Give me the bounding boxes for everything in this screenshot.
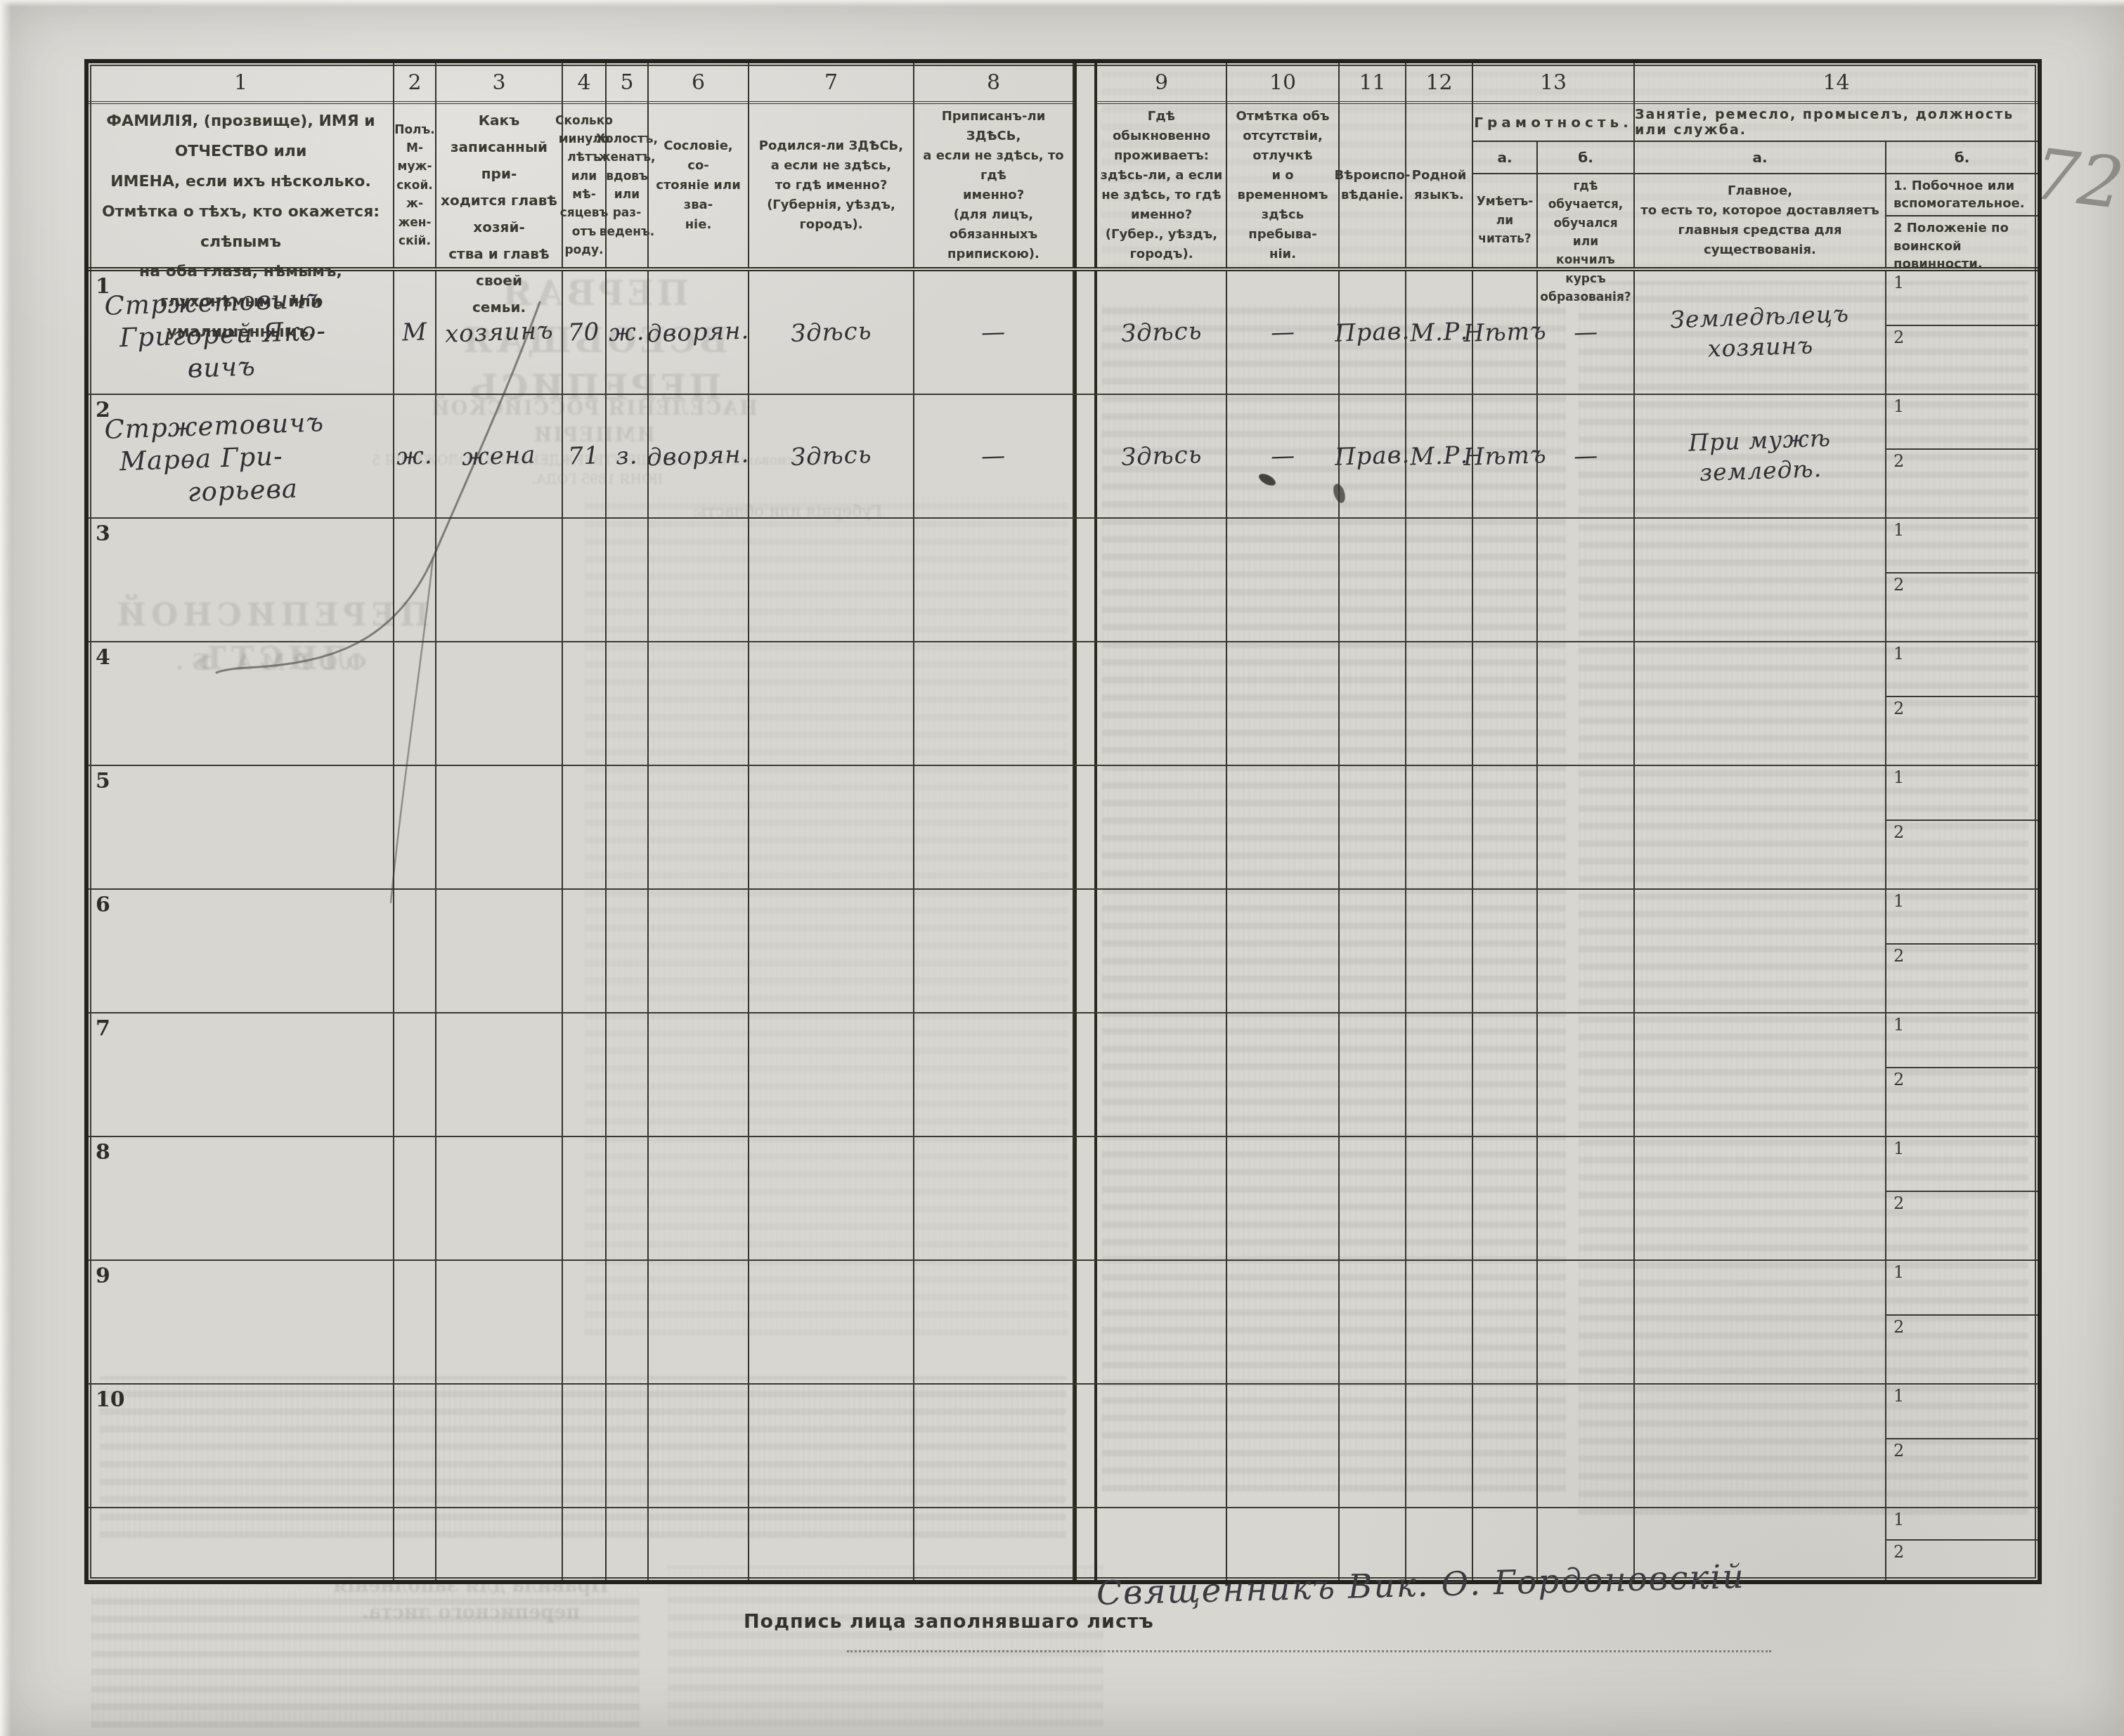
- fold-gap: [1074, 1261, 1097, 1383]
- relation-entry: хозяинъ: [444, 316, 554, 348]
- printed-sub-label-2: 2: [1886, 945, 2038, 966]
- printed-sub-label-1: 1: [1886, 642, 2038, 663]
- cell-literacy: [1473, 1013, 1538, 1136]
- cell-relation: [436, 1385, 563, 1507]
- language-entry: М.Р.: [1409, 318, 1469, 348]
- cell-relation: [436, 642, 563, 765]
- residence-entry: Здѣсь: [1120, 441, 1203, 472]
- name-entry: [89, 1072, 105, 1078]
- cell-sex: ж.: [394, 395, 436, 517]
- education-entry: —: [1573, 441, 1598, 470]
- printed-sub-label-2: 2: [1886, 1316, 2038, 1337]
- cell-absence: [1227, 766, 1340, 888]
- cell-education: [1538, 1385, 1635, 1507]
- printed-sub-label-1: 1: [1886, 1137, 2038, 1158]
- cell-estate: [649, 642, 749, 765]
- cell-marital: ж.: [607, 271, 649, 394]
- cell-main-occupation: [1635, 1137, 1886, 1259]
- cell-marital: з.: [607, 395, 649, 517]
- cell-main-occupation: [1635, 890, 1886, 1012]
- cell-relation: [436, 519, 563, 641]
- cell-sex: [394, 1013, 436, 1136]
- language-entry: М.Р.: [1409, 441, 1469, 472]
- cell-marital: [607, 519, 649, 641]
- side-occupation-slot: 1: [1886, 271, 2038, 326]
- fold-gap: [1074, 890, 1097, 1012]
- registration-entry: —: [980, 318, 1006, 346]
- col-description: Сословіе, со-стояніе или зва-ніе.: [649, 104, 748, 267]
- printed-sub-label-1: 1: [1886, 766, 2038, 787]
- occupation-entry: Земледѣлецъхозяинъ: [1669, 299, 1850, 366]
- cell-age: [563, 1508, 607, 1580]
- cell-side-occupation: 1 2: [1886, 1385, 2038, 1507]
- cell-absence: —: [1227, 395, 1340, 517]
- printed-sub-label-1: 1: [1886, 271, 2038, 292]
- fold-gap: [1074, 63, 1097, 267]
- cell-religion: [1340, 1385, 1406, 1507]
- cell-side-occupation: 1 2: [1886, 890, 2038, 1012]
- religion-entry: Прав.: [1334, 441, 1411, 472]
- scanned-census-sheet: ПЕРВАЯ ВСЕОБЩАЯ ПЕРЕПИСЬ НАСЕЛЕНІЯ РОССІ…: [0, 0, 2124, 1736]
- table-row: 4 1 2: [89, 642, 2038, 766]
- header-col-occupation: 14 Занятіе, ремесло, промыселъ, должност…: [1635, 63, 2038, 267]
- cell-side-occupation: 1 2: [1886, 1137, 2038, 1259]
- cell-marital: [607, 766, 649, 888]
- cell-sex: [394, 642, 436, 765]
- occupation-group-title: Занятіе, ремесло, промыселъ, должность и…: [1635, 104, 2038, 142]
- cell-birthplace: [749, 1508, 914, 1580]
- cell-literacy: Нѣтъ: [1473, 271, 1538, 394]
- side-occupation-slot: 1: [1886, 1137, 2038, 1192]
- printed-sub-label-2: 2: [1886, 697, 2038, 718]
- residence-entry: Здѣсь: [1120, 317, 1203, 348]
- literacy-entry: Нѣтъ: [1463, 441, 1547, 472]
- table-row: 10 1 2: [89, 1385, 2038, 1508]
- side-occupation-item: 1. Побочное или вспомогательное.: [1886, 174, 2038, 216]
- cell-absence: [1227, 1385, 1340, 1507]
- header-col-language: 12 Роднойязыкъ.: [1406, 63, 1473, 267]
- fold-gap: [1074, 1137, 1097, 1259]
- header-col-religion: 11 Вѣроиспо-вѣданіе.: [1340, 63, 1406, 267]
- cell-registration: [914, 1013, 1074, 1136]
- cell-side-occupation: 1 2: [1886, 271, 2038, 394]
- col-description: Полъ.М-муж-ской.ж-жен-скій.: [394, 104, 435, 267]
- cell-sex: [394, 1508, 436, 1580]
- cell-relation: [436, 1137, 563, 1259]
- subcol-label: б.: [1538, 142, 1633, 174]
- side-occupation-slot: 1: [1886, 1508, 2038, 1541]
- name-entry: [89, 824, 105, 831]
- cell-birthplace: [749, 1137, 914, 1259]
- census-table: 1 ФАМИЛІЯ, (прозвище), ИМЯ и ОТЧЕСТВО ил…: [84, 59, 2042, 1584]
- cell-birthplace: [749, 1261, 914, 1383]
- table-row: 9 1 2: [89, 1261, 2038, 1385]
- cell-education: [1538, 519, 1635, 641]
- fold-gap: [1074, 1013, 1097, 1136]
- paper-edge-top: [0, 0, 2124, 7]
- cell-literacy: [1473, 519, 1538, 641]
- age-entry: 70: [568, 318, 601, 347]
- cell-registration: [914, 766, 1074, 888]
- side-occupation-slot: 1: [1886, 1385, 2038, 1439]
- cell-name: [89, 1508, 394, 1580]
- cell-age: [563, 519, 607, 641]
- cell-side-occupation: 1 2: [1886, 1013, 2038, 1136]
- header-subcol-can-read: а. Умѣетъ-личитать?: [1473, 142, 1538, 267]
- printed-sub-label-2: 2: [1886, 326, 2038, 347]
- cell-religion: Прав.: [1340, 271, 1406, 394]
- col-description: Холостъ,женатъ,вдовъили раз-веденъ.: [607, 104, 647, 267]
- printed-sub-label-1: 1: [1886, 1013, 2038, 1035]
- header-col-absence: 10 Отмѣтка объотсутствіи, отлучкѣи о вре…: [1227, 63, 1340, 267]
- marital-entry: з.: [616, 441, 639, 470]
- cell-age: [563, 642, 607, 765]
- col-number: 2: [394, 63, 435, 104]
- cell-literacy: [1473, 890, 1538, 1012]
- cell-relation: хозяинъ: [436, 271, 563, 394]
- cell-age: 70: [563, 271, 607, 394]
- cell-estate: [649, 1137, 749, 1259]
- cell-marital: [607, 1508, 649, 1580]
- cell-side-occupation: 1 2: [1886, 766, 2038, 888]
- fold-gap: [1074, 766, 1097, 888]
- cell-side-occupation: 1 2: [1886, 1261, 2038, 1383]
- cell-birthplace: [749, 1013, 914, 1136]
- row-number: 4: [96, 645, 110, 670]
- cell-education: [1538, 766, 1635, 888]
- col-description: Сколькоминулолѣтъили мѣ-сяцевъотъ роду.: [563, 104, 605, 267]
- cell-registration: [914, 1508, 1074, 1580]
- subcol-label: а.: [1473, 142, 1536, 174]
- cell-education: [1538, 642, 1635, 765]
- cell-name: 7: [89, 1013, 394, 1136]
- birthplace-entry: Здѣсь: [790, 317, 872, 348]
- literacy-group-title: Грамотность.: [1473, 104, 1633, 142]
- name-entry: [89, 577, 105, 583]
- cell-religion: [1340, 890, 1406, 1012]
- cell-name: 5: [89, 766, 394, 888]
- cell-religion: [1340, 1261, 1406, 1383]
- printed-sub-label-2: 2: [1886, 821, 2038, 842]
- cell-language: [1406, 766, 1473, 888]
- cell-education: [1538, 1137, 1635, 1259]
- cell-language: [1406, 1261, 1473, 1383]
- cell-education: [1538, 890, 1635, 1012]
- col-number: 8: [914, 63, 1073, 104]
- cell-estate: [649, 519, 749, 641]
- cell-sex: [394, 890, 436, 1012]
- cell-education: [1538, 1013, 1635, 1136]
- cell-side-occupation: 1 2: [1886, 1508, 2038, 1580]
- cell-residence: [1097, 890, 1227, 1012]
- cell-registration: —: [914, 271, 1074, 394]
- cell-literacy: [1473, 1137, 1538, 1259]
- cell-residence: [1097, 1137, 1227, 1259]
- cell-birthplace: [749, 642, 914, 765]
- cell-residence: [1097, 1508, 1227, 1580]
- cell-relation: [436, 1013, 563, 1136]
- absence-entry: —: [1270, 441, 1295, 470]
- cell-age: [563, 1013, 607, 1136]
- cell-relation: [436, 1508, 563, 1580]
- side-occupation-slot: 1: [1886, 766, 2038, 821]
- military-status-slot: 2: [1886, 450, 2038, 517]
- table-row: 7 1 2: [89, 1013, 2038, 1137]
- header-subcol-side-occupation: б. 1. Побочное или вспомогательное. 2 По…: [1886, 142, 2038, 267]
- cell-age: [563, 1385, 607, 1507]
- cell-relation: жена: [436, 395, 563, 517]
- bleedthrough-text-noise: [91, 1590, 640, 1728]
- cell-language: [1406, 519, 1473, 641]
- cell-absence: [1227, 1137, 1340, 1259]
- cell-side-occupation: 1 2: [1886, 395, 2038, 517]
- col-number: 7: [749, 63, 913, 104]
- cell-sex: [394, 766, 436, 888]
- table-row: 8 1 2: [89, 1137, 2038, 1261]
- cell-birthplace: [749, 1385, 914, 1507]
- cell-registration: [914, 1261, 1074, 1383]
- name-entry: [89, 1319, 105, 1326]
- cell-education: —: [1538, 271, 1635, 394]
- age-entry: 71: [568, 441, 601, 471]
- cell-absence: [1227, 890, 1340, 1012]
- cell-sex: [394, 519, 436, 641]
- cell-residence: [1097, 1261, 1227, 1383]
- cell-estate: [649, 1385, 749, 1507]
- table-header: 1 ФАМИЛІЯ, (прозвище), ИМЯ и ОТЧЕСТВО ил…: [89, 63, 2038, 271]
- header-col-sex: 2 Полъ.М-муж-ской.ж-жен-скій.: [394, 63, 436, 267]
- fold-gap: [1074, 1385, 1097, 1507]
- cell-religion: [1340, 1137, 1406, 1259]
- col-number: 9: [1097, 63, 1226, 104]
- cell-birthplace: [749, 766, 914, 888]
- cell-language: [1406, 1013, 1473, 1136]
- cell-main-occupation: [1635, 1385, 1886, 1507]
- header-col-registration: 8 Приписанъ-ли ЗДѢСЬ,а если не здѣсь, то…: [914, 63, 1074, 267]
- cell-absence: —: [1227, 271, 1340, 394]
- cell-marital: [607, 1137, 649, 1259]
- cell-literacy: [1473, 1261, 1538, 1383]
- header-col-relation: 3 Какъ записанный при-ходится главѣ хозя…: [436, 63, 563, 267]
- cell-language: [1406, 890, 1473, 1012]
- table-row: 1 СтржетовичъГригорей Яко-вичъ М хозяинъ…: [89, 271, 2038, 395]
- cell-education: —: [1538, 395, 1635, 517]
- table-row: 3 1 2: [89, 519, 2038, 642]
- cell-main-occupation: [1635, 766, 1886, 888]
- fold-gap: [1074, 395, 1097, 517]
- marital-entry: ж.: [609, 318, 646, 347]
- birthplace-entry: Здѣсь: [790, 441, 872, 472]
- military-status-slot: 2: [1886, 821, 2038, 888]
- cell-marital: [607, 1013, 649, 1136]
- religion-entry: Прав.: [1334, 317, 1411, 348]
- header-col-estate: 6 Сословіе, со-стояніе или зва-ніе.: [649, 63, 749, 267]
- cell-name: 10: [89, 1385, 394, 1507]
- cell-literacy: [1473, 642, 1538, 765]
- cell-language: [1406, 1385, 1473, 1507]
- header-col-literacy: 13 Грамотность. а. Умѣетъ-личитать? б. г…: [1473, 63, 1635, 267]
- cell-relation: [436, 890, 563, 1012]
- military-status-item: 2 Положеніе по воинской повинности.: [1886, 216, 2038, 276]
- printed-sub-label-1: 1: [1886, 519, 2038, 540]
- subcol-label: а.: [1635, 142, 1885, 174]
- printed-sub-label-2: 2: [1886, 574, 2038, 595]
- col-number: 13: [1473, 63, 1633, 104]
- fold-gap: [1074, 519, 1097, 641]
- cell-name: 9: [89, 1261, 394, 1383]
- side-occupation-slot: 1: [1886, 519, 2038, 574]
- col-number: 3: [436, 63, 562, 104]
- col-description: Роднойязыкъ.: [1406, 104, 1472, 267]
- cell-birthplace: [749, 890, 914, 1012]
- cell-marital: [607, 890, 649, 1012]
- cell-name: 1 СтржетовичъГригорей Яко-вичъ: [89, 271, 394, 394]
- cell-registration: —: [914, 395, 1074, 517]
- name-entry: [89, 1443, 105, 1449]
- col-description: Приписанъ-ли ЗДѢСЬ,а если не здѣсь, то г…: [914, 104, 1073, 267]
- cell-age: 71: [563, 395, 607, 517]
- cell-literacy: [1473, 1385, 1538, 1507]
- cell-side-occupation: 1 2: [1886, 642, 2038, 765]
- side-occupation-slot: 1: [1886, 642, 2038, 697]
- cell-name: 4: [89, 642, 394, 765]
- row-number: 6: [96, 893, 110, 917]
- col-number: 11: [1340, 63, 1405, 104]
- fold-gap: [1074, 1508, 1097, 1580]
- row-number: 8: [96, 1140, 110, 1165]
- signature-dotted-line: [847, 1629, 1771, 1652]
- cell-residence: Здѣсь: [1097, 395, 1227, 517]
- military-status-slot: 2: [1886, 1439, 2038, 1507]
- cell-estate: [649, 1261, 749, 1383]
- military-status-slot: 2: [1886, 697, 2038, 765]
- col-description: Родился-ли ЗДѢСЬ,а если не здѣсь,то гдѣ …: [749, 104, 913, 267]
- row-number: 5: [96, 769, 110, 793]
- table-body: 1 СтржетовичъГригорей Яко-вичъ М хозяинъ…: [89, 271, 2038, 1580]
- cell-estate: [649, 1013, 749, 1136]
- cell-registration: [914, 890, 1074, 1012]
- cell-language: [1406, 642, 1473, 765]
- cell-registration: [914, 642, 1074, 765]
- col-description: Отмѣтка объотсутствіи, отлучкѣи о времен…: [1227, 104, 1338, 267]
- military-status-slot: 2: [1886, 326, 2038, 394]
- estate-entry: дворян.: [647, 316, 751, 348]
- cell-marital: [607, 1261, 649, 1383]
- header-col-marital: 5 Холостъ,женатъ,вдовъили раз-веденъ.: [607, 63, 649, 267]
- cell-sex: [394, 1137, 436, 1259]
- cell-birthplace: [749, 519, 914, 641]
- header-col-birthplace: 7 Родился-ли ЗДѢСЬ,а если не здѣсь,то гд…: [749, 63, 914, 267]
- cell-marital: [607, 642, 649, 765]
- cell-residence: Здѣсь: [1097, 271, 1227, 394]
- cell-name: 8: [89, 1137, 394, 1259]
- col-description: Вѣроиспо-вѣданіе.: [1340, 104, 1405, 267]
- occupation-entry: При мужѣземледѣ.: [1688, 424, 1832, 489]
- cell-residence: [1097, 766, 1227, 888]
- cell-registration: [914, 1137, 1074, 1259]
- cell-age: [563, 1137, 607, 1259]
- cell-estate: дворян.: [649, 395, 749, 517]
- header-subcol-education: б. гдѣ обучается,обучался иликончилъ кур…: [1538, 142, 1633, 267]
- subcol-description: Главное,то есть то, которое доставляетъг…: [1635, 174, 1885, 267]
- printed-sub-label-1: 1: [1886, 1385, 2038, 1406]
- sex-entry: ж.: [396, 441, 434, 471]
- cell-estate: дворян.: [649, 271, 749, 394]
- name-entry: [89, 948, 105, 954]
- cell-residence: [1097, 1385, 1227, 1507]
- printed-sub-label-1: 1: [1886, 1261, 2038, 1282]
- cell-absence: [1227, 642, 1340, 765]
- paper-edge-left: [0, 0, 11, 1736]
- cell-sex: [394, 1261, 436, 1383]
- row-number: 7: [96, 1016, 110, 1041]
- name-entry: СтржетовичъГригорей Яко-вичъ: [87, 277, 328, 388]
- col-number: 6: [649, 63, 748, 104]
- cell-absence: [1227, 1261, 1340, 1383]
- printed-sub-label-1: 1: [1886, 890, 2038, 911]
- cell-language: [1406, 1137, 1473, 1259]
- cell-age: [563, 1261, 607, 1383]
- printed-sub-label-2: 2: [1886, 1192, 2038, 1213]
- estate-entry: дворян.: [647, 440, 751, 472]
- cell-birthplace: Здѣсь: [749, 395, 914, 517]
- military-status-slot: 2: [1886, 1316, 2038, 1383]
- side-occupation-slot: 1: [1886, 395, 2038, 450]
- side-occupation-slot: 1: [1886, 1261, 2038, 1316]
- cell-name: 3: [89, 519, 394, 641]
- sex-entry: М: [401, 318, 427, 346]
- header-col-name: 1 ФАМИЛІЯ, (прозвище), ИМЯ и ОТЧЕСТВО ил…: [89, 63, 394, 267]
- row-number: 3: [96, 522, 110, 546]
- military-status-slot: 2: [1886, 1541, 2038, 1580]
- cell-sex: М: [394, 271, 436, 394]
- side-occupation-slot: 1: [1886, 890, 2038, 945]
- cell-estate: [649, 766, 749, 888]
- row-number: 10: [96, 1387, 125, 1412]
- cell-residence: [1097, 519, 1227, 641]
- table-row: 2 СтржетовичъМарѳа Гри-горьева ж. жена 7…: [89, 395, 2038, 519]
- registration-entry: —: [980, 441, 1006, 470]
- cell-residence: [1097, 1013, 1227, 1136]
- col-number: 5: [607, 63, 647, 104]
- col-number: 4: [563, 63, 605, 104]
- printed-sub-label-2: 2: [1886, 450, 2038, 471]
- header-col-residence: 9 Гдѣ обыкновеннопроживаетъ:здѣсь-ли, а …: [1097, 63, 1227, 267]
- cell-absence: [1227, 1013, 1340, 1136]
- cell-age: [563, 890, 607, 1012]
- cell-religion: [1340, 519, 1406, 641]
- cell-sex: [394, 1385, 436, 1507]
- cell-registration: [914, 519, 1074, 641]
- printed-sub-label-2: 2: [1886, 1439, 2038, 1460]
- table-row: 1 2: [89, 1508, 2038, 1580]
- cell-relation: [436, 766, 563, 888]
- cell-name: 6: [89, 890, 394, 1012]
- col-description: Гдѣ обыкновеннопроживаетъ:здѣсь-ли, а ес…: [1097, 104, 1226, 267]
- cell-absence: [1227, 519, 1340, 641]
- cell-main-occupation: [1635, 1261, 1886, 1383]
- cell-birthplace: Здѣсь: [749, 271, 914, 394]
- name-entry: СтржетовичъМарѳа Гри-горьева: [87, 401, 327, 512]
- table-row: 5 1 2: [89, 766, 2038, 890]
- cell-main-occupation: При мужѣземледѣ.: [1635, 395, 1886, 517]
- literacy-entry: Нѣтъ: [1463, 317, 1547, 348]
- cell-relation: [436, 1261, 563, 1383]
- table-row: 6 1 2: [89, 890, 2038, 1013]
- printed-sub-label-2: 2: [1886, 1068, 2038, 1089]
- col-number: 14: [1635, 63, 2038, 104]
- cell-literacy: Нѣтъ: [1473, 395, 1538, 517]
